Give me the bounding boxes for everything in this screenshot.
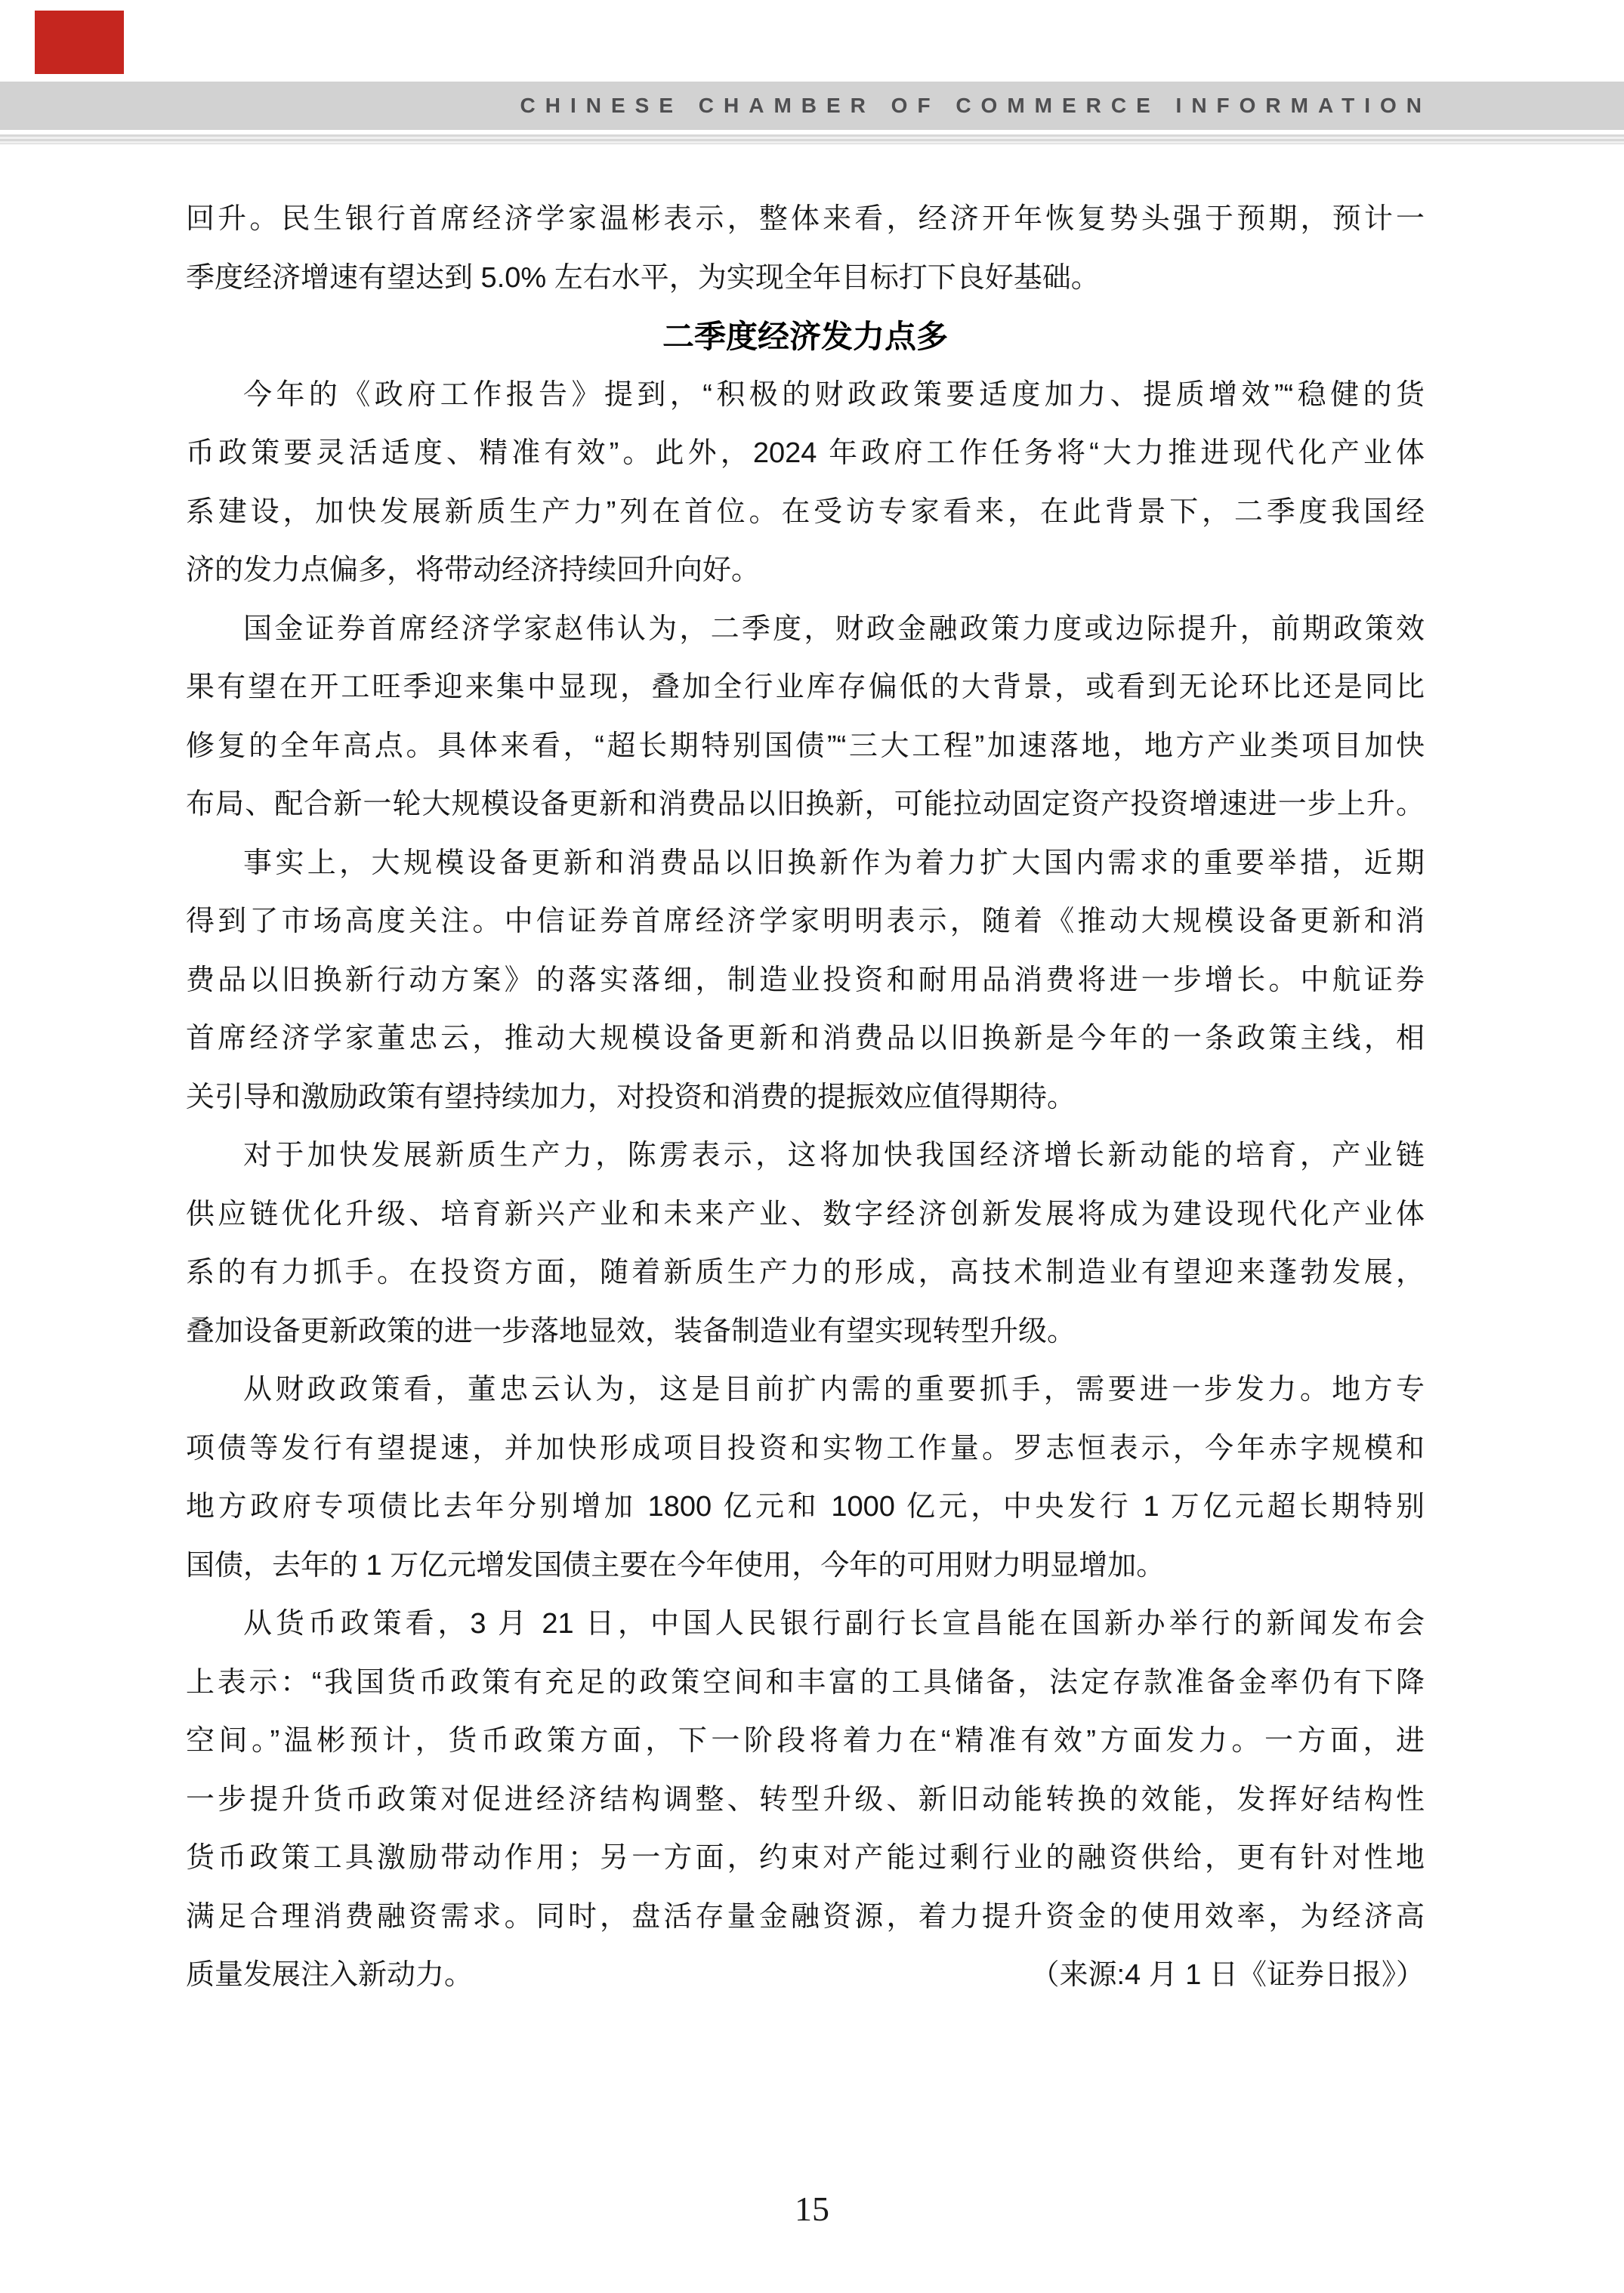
text-line: 回升。民生银行首席经济学家温彬表示，整体来看，经济开年恢复势头强于预期，预计一 <box>186 190 1425 249</box>
corner-red-square <box>35 11 124 74</box>
article-body: 回升。民生银行首席经济学家温彬表示，整体来看，经济开年恢复势头强于预期，预计一季… <box>186 190 1425 2005</box>
text-line: 济的发力点偏多，将带动经济持续回升向好。 <box>186 542 1425 600</box>
text-line: 修复的全年高点。具体来看，“超长期特别国债”“三大工程”加速落地，地方产业类项目… <box>186 718 1425 776</box>
text-line: 项债等发行有望提速，并加快形成项目投资和实物工作量。罗志恒表示，今年赤字规模和 <box>186 1420 1425 1479</box>
text-line: 币政策要灵活适度、精准有效”。此外，2024 年政府工作任务将“大力推进现代化产… <box>186 424 1425 483</box>
text-line: 关引导和激励政策有望持续加力，对投资和消费的提振效应值得期待。 <box>186 1069 1425 1128</box>
section-heading: 二季度经济发力点多 <box>186 307 1425 366</box>
text-line: 今年的《政府工作报告》提到，“积极的财政政策要适度加力、提质增效”“稳健的货 <box>186 366 1425 425</box>
text-line: 国债，去年的 1 万亿元增发国债主要在今年使用，今年的可用财力明显增加。 <box>186 1537 1425 1596</box>
banner-title: CHINESE CHAMBER OF COMMERCE INFORMATION <box>520 82 1431 130</box>
text-line: 满足合理消费融资需求。同时，盘活存量金融资源，着力提升资金的使用效率，为经济高 <box>186 1888 1425 1947</box>
text-line: 地方政府专项债比去年分别增加 1800 亿元和 1000 亿元，中央发行 1 万… <box>186 1478 1425 1537</box>
paragraph-tail: 质量发展注入新动力。 <box>186 1946 473 2005</box>
text-line: 货币政策工具激励带动作用；另一方面，约束对产能过剩行业的融资供给，更有针对性地 <box>186 1829 1425 1888</box>
text-line: 一步提升货币政策对促进经济结构调整、转型升级、新旧动能转换的效能，发挥好结构性 <box>186 1771 1425 1830</box>
text-line: 系建设，加快发展新质生产力”列在首位。在受访专家看来，在此背景下，二季度我国经 <box>186 483 1425 542</box>
text-line: 首席经济学家董忠云，推动大规模设备更新和消费品以旧换新是今年的一条政策主线，相 <box>186 1010 1425 1069</box>
text-line: 季度经济增速有望达到 5.0% 左右水平，为实现全年目标打下良好基础。 <box>186 249 1425 308</box>
text-line: 上表示：“我国货币政策有充足的政策空间和丰富的工具储备，法定存款准备金率仍有下降 <box>186 1654 1425 1713</box>
source-attribution: （来源:4 月 1 日《证券日报》） <box>1031 1946 1425 2005</box>
text-line: 事实上，大规模设备更新和消费品以旧换新作为着力扩大国内需求的重要举措，近期 <box>186 835 1425 893</box>
text-line: 得到了市场高度关注。中信证券首席经济学家明明表示，随着《推动大规模设备更新和消 <box>186 893 1425 952</box>
text-line: 从财政政策看，董忠云认为，这是目前扩内需的重要抓手，需要进一步发力。地方专 <box>186 1361 1425 1420</box>
text-line: 空间。”温彬预计，货币政策方面，下一阶段将着力在“精准有效”方面发力。一方面，进 <box>186 1712 1425 1771</box>
text-line: 果有望在开工旺季迎来集中显现，叠加全行业库存偏低的大背景，或看到无论环比还是同比 <box>186 659 1425 718</box>
article-last-line: 质量发展注入新动力。 （来源:4 月 1 日《证券日报》） <box>186 1946 1425 2005</box>
page-number: 15 <box>0 2189 1624 2229</box>
article-lines: 回升。民生银行首席经济学家温彬表示，整体来看，经济开年恢复势头强于预期，预计一季… <box>186 190 1425 1946</box>
text-line: 布局、配合新一轮大规模设备更新和消费品以旧换新，可能拉动固定资产投资增速进一步上… <box>186 776 1425 835</box>
text-line: 叠加设备更新政策的进一步落地显效，装备制造业有望实现转型升级。 <box>186 1303 1425 1362</box>
text-line: 费品以旧换新行动方案》的落实落细，制造业投资和耐用品消费将进一步增长。中航证券 <box>186 952 1425 1011</box>
text-line: 系的有力抓手。在投资方面，随着新质生产力的形成，高技术制造业有望迎来蓬勃发展， <box>186 1244 1425 1303</box>
text-line: 对于加快发展新质生产力，陈雳表示，这将加快我国经济增长新动能的培育，产业链 <box>186 1127 1425 1186</box>
header-banner: CHINESE CHAMBER OF COMMERCE INFORMATION <box>0 82 1624 130</box>
text-line: 供应链优化升级、培育新兴产业和未来产业、数字经济创新发展将成为建设现代化产业体 <box>186 1186 1425 1245</box>
text-line: 从货币政策看，3 月 21 日，中国人民银行副行长宣昌能在国新办举行的新闻发布会 <box>186 1595 1425 1654</box>
banner-divider <box>0 134 1624 144</box>
text-line: 国金证券首席经济学家赵伟认为，二季度，财政金融政策力度或边际提升，前期政策效 <box>186 600 1425 659</box>
